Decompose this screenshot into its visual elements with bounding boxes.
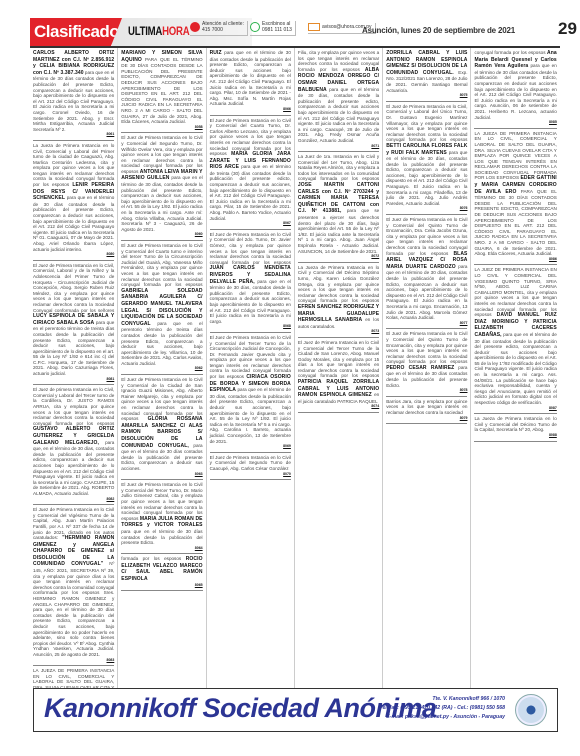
classified-ad: LA JUEZ DE PRIMERA INSTANCIA EN LO CIVIL… [474,267,556,414]
ad-body-text: LA JUEZA DE PRIMERA INSTANCIA EN LO CIVI… [33,668,114,688]
section-title: Clasificados [30,18,122,46]
ad-body-text: para que en el perentorio término de tre… [121,321,202,366]
ad-body-text: para que se presenten a ejercer sus dere… [298,208,379,253]
classified-ad: MARIANO Y SIMEON SILVA AQUINO PARA QUE E… [121,50,202,133]
ad-body-text: para que, en el término de 30 días, cont… [33,440,114,496]
ad-body-text: LA JUEZA DE PRIMERA INSTANCIA EN LO CIVI… [474,131,556,181]
classified-ad: RUIZ para que en el término de 30 días c… [210,50,291,116]
classified-ad: Filiu, cita y emplaza por quince veces a… [298,50,379,152]
party-names: GUSTAVO ALBERTO ORTIZ GUTIERREZ Y GRICEL… [33,426,114,445]
column-5: ZORRILLA CABRAL Y LUIS ANTONIO RAMON ESP… [383,48,471,688]
ad-reference-number: 8066 [210,107,291,113]
ad-reference-number: 8077 [386,321,467,327]
ad-reference-number: 8072 [298,254,379,260]
customer-service-contact: Atención al cliente:415 7000 [190,21,248,36]
dateline: Asunción, lunes 20 de septiembre de 2021 [362,26,515,35]
ad-reference-number: 8080 [33,252,114,258]
classified-ad: El Juez de Primera Instancia en lo Civil… [210,455,291,480]
ad-reference-number: 8088 [474,433,556,439]
ad-body-text: para que en el término de 30 días contad… [33,195,114,251]
classified-ad: El Juez de Primera Instancia en lo Civil… [386,104,467,215]
classified-ad: El Juez de Primera Instancia en lo Civil… [33,507,114,666]
classified-ad: El Juez de Primera Instancia en lo Civil… [386,217,467,329]
ad-body-text: para que en el término de 30 días contad… [474,332,556,405]
ad-reference-number: 8070 [210,472,291,478]
ad-reference-number: 8087 [474,406,556,412]
column-3: RUIZ para que en el término de 30 días c… [207,48,295,688]
party-names: PEDRO CESAR RAMIREZ [386,365,454,371]
ad-reference-number: 8076 [386,206,467,212]
ad-body-text: El Juez de Primera Instancia en lo Civil… [33,263,114,313]
classified-ad: conyugal formada por los esposos Ana Mar… [474,50,556,129]
ad-body-text: Nº 145, AÑO: 2021, SECRETARIA Nº 39, cit… [33,561,114,657]
classified-columns: CARLOS ALBERTO ORTIZ MARTINEZ con C.I. N… [30,48,560,688]
party-names: PATRICIA RAQUEL ZORRILLA CABRAL Y LUIS A… [298,379,379,398]
ad-reference-number: 8065 [121,583,202,589]
company-email: E-mail: paksa@pla.net.py - Asunción - Pa… [379,713,505,722]
ad-body-text: La Jueza de Primera Instancia en lo Civi… [298,265,379,304]
ad-reference-number: 8075 [386,93,467,99]
ad-reference-number: 8085 [474,120,556,126]
advertiser-banner: Kanonnikoff Sociedad Anónima Tte. V. Kan… [33,688,558,732]
ad-reference-number: 8081 [33,377,114,383]
column-6: conyugal formada por los esposos Ana Mar… [471,48,559,688]
ad-reference-number: 8064 [121,546,202,552]
classified-ad: El Juez de Primera Instancia en lo Civil… [210,335,291,453]
ad-reference-number: 8079 [386,416,467,422]
ad-reference-number: 8062 [121,366,202,372]
classified-ad: El Juez de Primera Instancia en lo Civil… [210,232,291,333]
classified-ad: CARLOS ALBERTO ORTIZ MARTINEZ con C.I. N… [33,50,114,141]
ad-reference-number: 8067 [210,221,291,227]
column-4: Filiu, cita y emplaza por quince veces a… [295,48,383,688]
ad-body-text: para que en el término de 30 días, conta… [386,264,467,320]
ad-body-text: para que en el término de 30 días, conta… [386,150,467,206]
ad-reference-number: 8078 [386,388,467,394]
ad-reference-number: 8060 [121,232,202,238]
ad-body-text: para que en el término de 30 días, conta… [298,87,379,143]
ad-body-text: para que en el término de 30 días contad… [33,70,114,132]
ad-body-text: PARA QUE EL TÉRMINO DE 30 DÍAS CONTADOS … [121,57,202,125]
ad-reference-number: 8068 [210,324,291,330]
company-address: Tte. V. Kanonnikoff 966 / 1070 [379,695,505,704]
ad-body-text: para que en el término de 30 días, conta… [210,387,291,443]
ad-reference-number: 8086 [474,257,556,263]
ad-body-text: PARA QUE EL TÉRMINO DE 30 DÍAS CONTADOS … [474,189,556,257]
ad-body-text: para que en el término de 30 días, conta… [121,175,202,231]
ad-body-text: El Juez de Primera Instancia en lo Civil… [298,340,379,379]
ad-body-text: El Juez de Primera Instancia en lo Civil… [210,335,291,379]
classified-ad: La Juez de 1ra. Instancia en lo Civil y … [298,154,379,263]
ad-reference-number: 8083 [33,658,114,664]
ad-body-text: formada por los esposos [121,556,181,561]
ad-reference-number: 8071 [298,144,379,150]
ad-reference-number: 8073 [298,329,379,335]
column-2: MARIANO Y SIMEON SILVA AQUINO PARA QUE E… [118,48,206,688]
ad-body-text: El Juez de Primera Instancia en lo Civil… [210,232,291,265]
ad-body-text: para que en el término de 30 días contad… [121,529,202,545]
ad-reference-number: 8069 [210,444,291,450]
classified-ad: El Juez de Primera Instancia en lo Civil… [121,482,202,554]
ad-body-text: LA JUEZ DE PRIMERA INSTANCIA EN LO CIVIL… [474,267,556,317]
ad-body-text: El Juez de Primera Instancia en lo Civil… [121,377,202,421]
classified-ad: ZORRILLA CABRAL Y LUIS ANTONIO RAMON ESP… [386,50,467,102]
ad-body-text: para que en el término de 30 días contad… [210,50,291,106]
classified-ad: La Jueza de Primera Instancia en lo Civi… [33,143,114,261]
ad-body-text: conyugal formada por los esposos [474,50,545,55]
ad-reference-number: 8082 [33,497,114,503]
classified-ad: El Juez de Primera Instancia en lo Civil… [298,340,379,413]
classified-ad: El Juez de Primera Instancia en lo Civil… [210,118,291,230]
whatsapp-contact: Escribinos al0981 111 013 [250,21,296,36]
classified-ad: El Juez de primera Instancia en lo Civil… [33,387,114,505]
classified-ad: El Juez de Primera Instancia en lo Civil… [121,243,202,375]
party-names: ZORRILLA CABRAL Y LUIS ANTONIO RAMON ESP… [386,50,467,76]
classified-ad: El Juez de Primera Instancia en lo Civil… [33,263,114,385]
ad-body-text: para que en el término de 30 días contad… [474,63,556,119]
classified-ad: La Jueza de Primera Instancia en lo Civi… [298,265,379,338]
company-phones: Telefax: (595-21) 420 842 (RA) - Cel.: (… [379,704,505,713]
classified-ad: El Juez de Primera Instancia en lo Civil… [121,377,202,480]
classified-ad: La Jueza de Primera Instancia en lo Civi… [474,416,556,441]
page-number: 29 [558,19,577,39]
ad-reference-number: 8061 [33,132,114,138]
ad-body-text: para que en el perentorio término de tre… [33,320,114,376]
ad-body-text: El Juez de Primera Instancia en lo Civil… [210,455,291,471]
ad-body-text: La Juez de 1ra. Instancia en lo Civil y … [298,154,379,181]
classified-ad: LA JUEZA DE PRIMERA INSTANCIA EN LO CIVI… [33,668,114,688]
ad-body-text: La Jueza de Primera Instancia en lo Civi… [33,143,114,187]
ad-body-text: El Juez de Primera Instancia en lo Civil… [121,243,202,287]
phone-icon [190,22,200,32]
party-names: RUIZ [210,50,222,56]
classified-ad: El Juez de Primera Instancia en lo Civil… [386,331,467,397]
email-icon [308,23,320,31]
company-seal-icon [515,694,547,726]
classified-ad: El Juez de Primera Instancia en lo Civil… [121,135,202,241]
classified-ad: formada por los esposos ROCIO ELIZABETH … [121,556,202,591]
classified-ad: Barrios Jara, cita y emplaza por quince … [386,399,467,424]
ad-body-text: para que en el término de treinta (30) d… [210,164,291,220]
company-contact-info: Tte. V. Kanonnikoff 966 / 1070 Telefax: … [379,695,505,722]
ad-body-text: Barrios Jara, cita y emplaza por quince … [386,399,467,415]
newspaper-logo: ULTIMAHORA [128,24,189,38]
ad-reference-number: 8074 [298,404,379,410]
ad-body-text: El Juez de Primera Instancia en lo Civil… [386,331,467,364]
company-name: Kanonnikoff Sociedad Anónima [44,693,437,724]
page-header: Clasificados ULTIMAHORA Atención al clie… [30,14,560,48]
whatsapp-icon [250,22,260,32]
ad-reference-number: 8058 [121,125,202,131]
classified-ad: LA JUEZA DE PRIMERA INSTANCIA EN LO CIVI… [474,131,556,266]
column-1: CARLOS ALBERTO ORTIZ MARTINEZ con C.I. N… [30,48,118,688]
ad-reference-number: 8063 [121,472,202,478]
ad-body-text: El Juez de primera Instancia en lo Civil… [33,387,114,426]
ad-body-text: para que en el término de 30 días, conta… [210,279,291,324]
ad-body-text: La Jueza de Primera Instancia en lo Civi… [474,416,556,432]
ad-body-text: El Juez de Primera Instancia en lo Civil… [386,104,467,143]
